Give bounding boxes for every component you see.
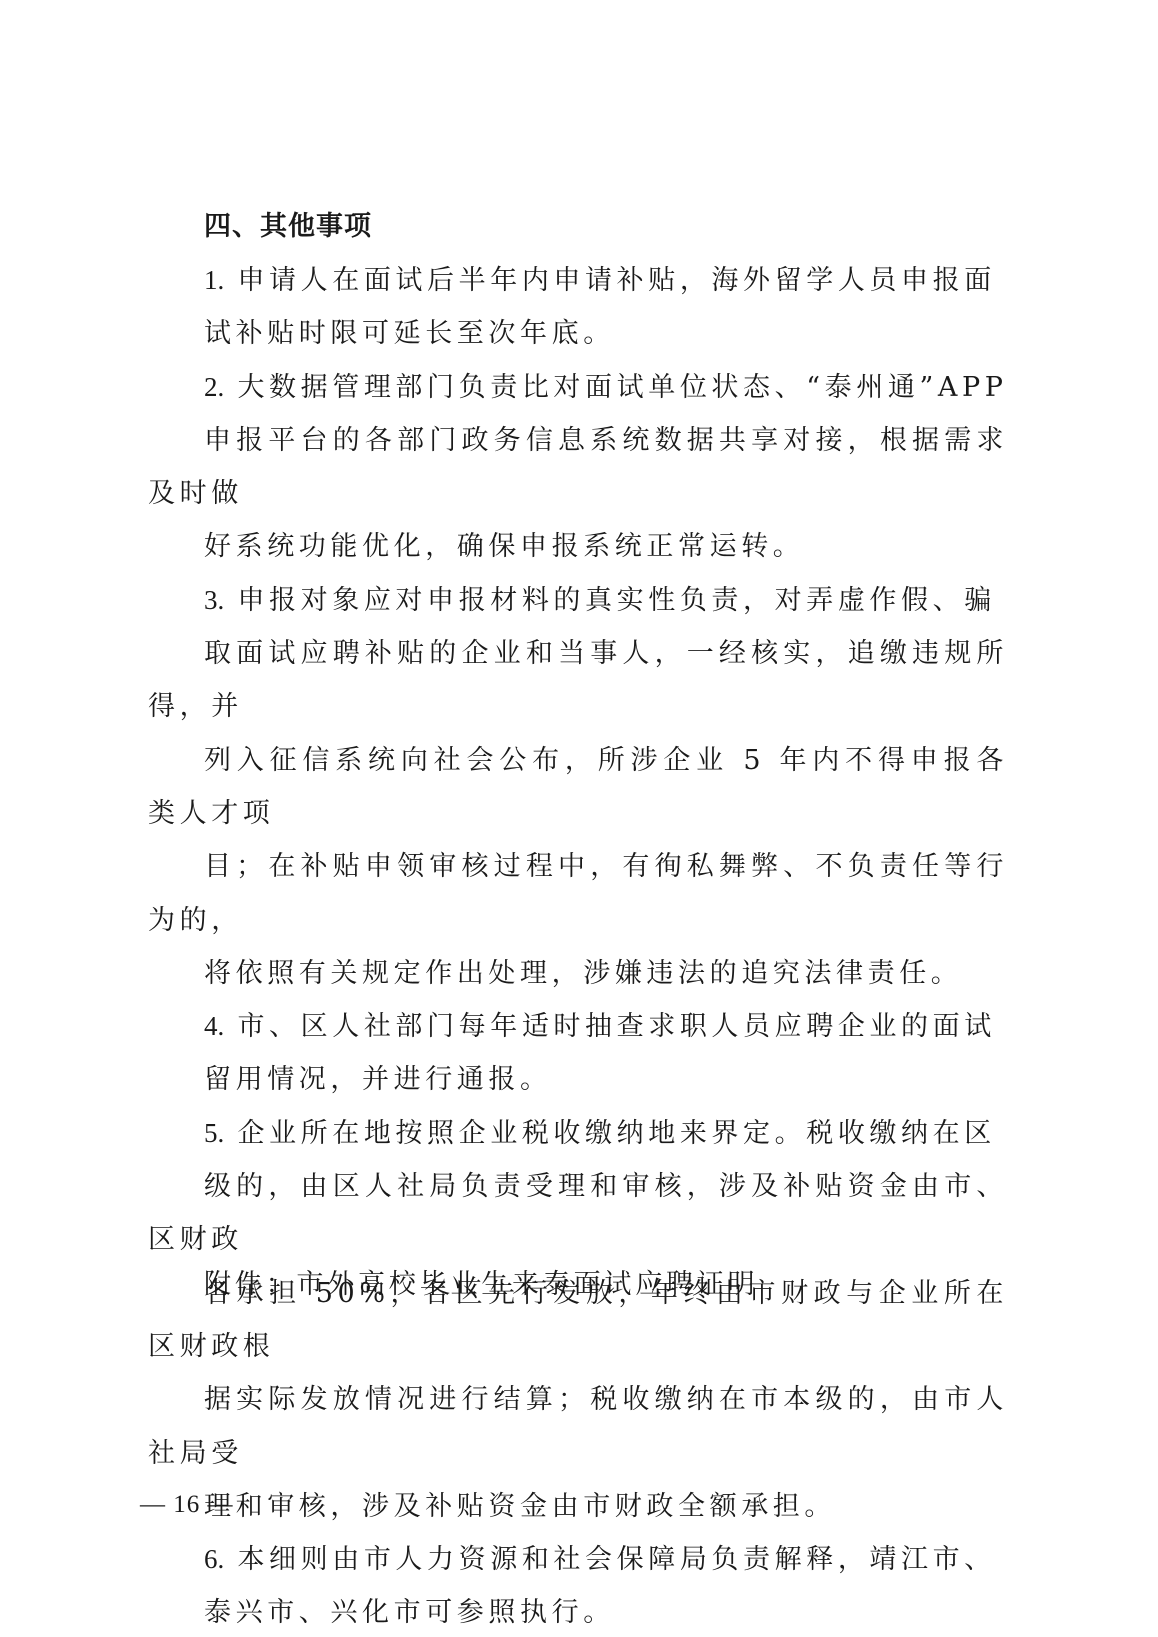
list-item: 3. 申报对象应对申报材料的真实性负责，对弄虚作假、骗 取面试应聘补贴的企业和当… bbox=[148, 574, 1008, 1000]
paragraph-line: 3. 申报对象应对申报材料的真实性负责，对弄虚作假、骗 bbox=[148, 574, 1008, 627]
list-item: 6. 本细则由市人力资源和社会保障局负责解释，靖江市、 泰兴市、兴化市可参照执行… bbox=[148, 1533, 1008, 1637]
paragraph-line: 5. 企业所在地按照企业税收缴纳地来界定。税收缴纳在区 bbox=[148, 1107, 1008, 1160]
paragraph-line: 将依照有关规定作出处理，涉嫌违法的追究法律责任。 bbox=[148, 947, 1008, 1000]
page-number: — 16 — bbox=[140, 1490, 234, 1520]
item-number: 1. bbox=[204, 265, 224, 295]
item-number: 3. bbox=[204, 585, 224, 615]
document-body: 四、其他事项 1. 申请人在面试后半年内申请补贴，海外留学人员申报面 试补贴时限… bbox=[148, 200, 1008, 1637]
item-number: 4. bbox=[204, 1011, 224, 1041]
paragraph-line: 2. 大数据管理部门负责比对面试单位状态、“泰州通”APP bbox=[148, 361, 1008, 414]
item-number: 6. bbox=[204, 1544, 224, 1574]
paragraph-line: 试补贴时限可延长至次年底。 bbox=[148, 307, 1008, 360]
paragraph-line: 6. 本细则由市人力资源和社会保障局负责解释，靖江市、 bbox=[148, 1533, 1008, 1586]
list-item: 5. 企业所在地按照企业税收缴纳地来界定。税收缴纳在区 级的，由区人社局负责受理… bbox=[148, 1107, 1008, 1533]
paragraph-line: 据实际发放情况进行结算；税收缴纳在市本级的，由市人社局受 bbox=[148, 1373, 1008, 1480]
item-number: 5. bbox=[204, 1118, 224, 1148]
paragraph-line: 目；在补贴申领审核过程中，有徇私舞弊、不负责任等行为的， bbox=[148, 840, 1008, 947]
list-item: 4. 市、区人社部门每年适时抽查求职人员应聘企业的面试 留用情况，并进行通报。 bbox=[148, 1000, 1008, 1107]
paragraph-line: 泰兴市、兴化市可参照执行。 bbox=[148, 1586, 1008, 1637]
paragraph-line: 1. 申请人在面试后半年内申请补贴，海外留学人员申报面 bbox=[148, 254, 1008, 307]
document-page: 四、其他事项 1. 申请人在面试后半年内申请补贴，海外留学人员申报面 试补贴时限… bbox=[0, 0, 1158, 1637]
item-number: 2. bbox=[204, 372, 224, 402]
list-item: 2. 大数据管理部门负责比对面试单位状态、“泰州通”APP 申报平台的各部门政务… bbox=[148, 361, 1008, 574]
attachment-note: 附件：市外高校毕业生来泰面试应聘证明 bbox=[204, 1258, 758, 1312]
paragraph-line: 留用情况，并进行通报。 bbox=[148, 1053, 1008, 1106]
paragraph-line: 取面试应聘补贴的企业和当事人，一经核实，追缴违规所得，并 bbox=[148, 627, 1008, 734]
section-heading: 四、其他事项 bbox=[148, 200, 1008, 254]
list-item: 1. 申请人在面试后半年内申请补贴，海外留学人员申报面 试补贴时限可延长至次年底… bbox=[148, 254, 1008, 361]
paragraph-line: 级的，由区人社局负责受理和审核，涉及补贴资金由市、区财政 bbox=[148, 1160, 1008, 1267]
paragraph-line: 4. 市、区人社部门每年适时抽查求职人员应聘企业的面试 bbox=[148, 1000, 1008, 1053]
paragraph-line: 列入征信系统向社会公布，所涉企业 5 年内不得申报各类人才项 bbox=[148, 734, 1008, 841]
paragraph-line: 好系统功能优化，确保申报系统正常运转。 bbox=[148, 520, 1008, 573]
paragraph-line: 申报平台的各部门政务信息系统数据共享对接，根据需求及时做 bbox=[148, 414, 1008, 521]
paragraph-line: 理和审核，涉及补贴资金由市财政全额承担。 bbox=[148, 1480, 1008, 1533]
